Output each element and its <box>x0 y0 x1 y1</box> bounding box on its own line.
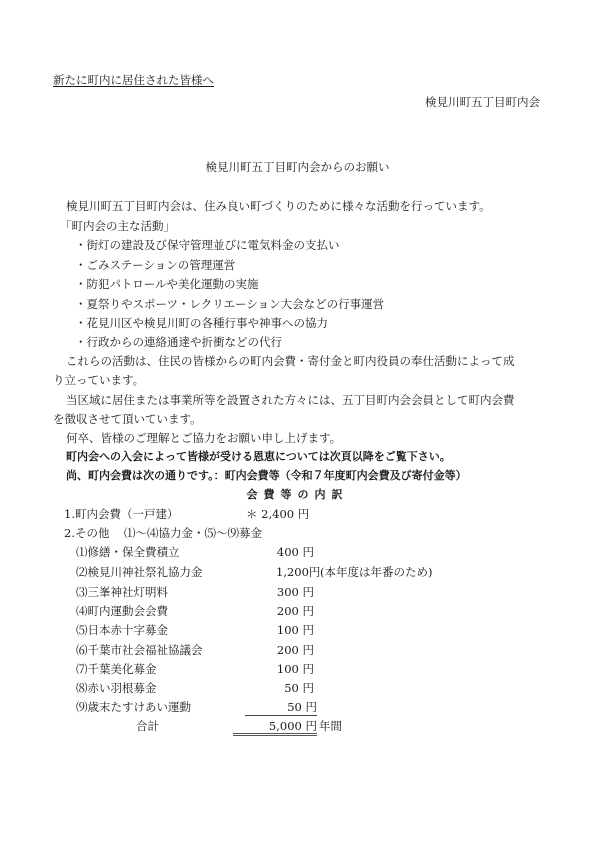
greeting-heading: 新たに町内に居住された皆様へ <box>53 75 214 87</box>
activity-item: ・ごみステーションの管理運営 <box>75 260 235 272</box>
fee-item-amount: 200 円 <box>230 606 314 618</box>
fee-item-label: ⑸日本赤十字募金 <box>76 625 168 637</box>
fee-item-amount: 300 円 <box>230 587 314 599</box>
intro-paragraph: 検見川町五丁目町内会は、住み良い町づくりのために様々な活動を行っています。 <box>66 201 491 213</box>
fee-item-label: ⑷町内運動会会費 <box>76 606 168 618</box>
breakdown-heading: 会費等の内訳 <box>0 489 595 500</box>
fee-other-note: ⑴〜⑷協力金・⑸〜⑼募金 <box>124 528 262 540</box>
activity-item: ・夏祭りやスポーツ・レクリエーション大会などの行事運営 <box>75 299 384 311</box>
fee-item-amount: 100 円 <box>230 664 314 676</box>
fee-item-amount: 50 円 <box>245 702 317 716</box>
request-paragraph: 何卒、皆様のご理解とご協力をお願い申し上げます。 <box>66 433 341 445</box>
activities-heading: 「町内会の主な活動」 <box>60 221 175 233</box>
page-title: 検見川町五丁目町内会からのお願い <box>0 162 595 174</box>
fees-notice: 尚、町内会費は次の通りです。：町内会費等（令和７年度町内会費及び寄付金等） <box>66 470 467 481</box>
fee-item-label: ⑼歳末たすけあい運動 <box>76 702 191 714</box>
membership-paragraph-line1: 当区域に居住または事業所等を設置された方々には、五丁目町内会会員として町内会費 <box>66 395 515 407</box>
fee-item-label: ⑺千葉美化募金 <box>76 664 157 676</box>
funding-paragraph-line1: これらの活動は、住民の皆様からの町内会費・寄付金と町内役員の奉仕活動によって成 <box>66 356 515 368</box>
total-amount: 5,000 円 <box>233 721 317 736</box>
fee-item-label: ⑻赤い羽根募金 <box>76 683 157 695</box>
activity-item: ・行政からの連絡通達や折衝などの代行 <box>75 337 282 349</box>
fee-item-label: ⑹千葉市社会福祉協議会 <box>76 645 203 657</box>
fee-item-amount: 200 円 <box>230 645 314 657</box>
fee-item-amount: 100 円 <box>230 625 314 637</box>
fee-item-amount: 1,200円 <box>276 567 320 579</box>
fee-main-amount: ＊ 2,400 円 <box>246 509 309 521</box>
funding-paragraph-line2: り立っています。 <box>53 375 144 387</box>
activity-item: ・花見川区や検見川町の各種行事や神事への協力 <box>75 318 328 330</box>
total-label: 合計 <box>136 721 159 733</box>
organization-name: 検見川町五丁目町内会 <box>425 97 540 109</box>
benefits-notice: 町内会への入会によって皆様が受ける恩恵については次頁以降をご覧下さい。 <box>66 451 451 462</box>
activity-item: ・防犯パトロールや美化運動の実施 <box>75 279 259 291</box>
fee-item-label: ⑶三峯神社灯明料 <box>76 587 168 599</box>
membership-paragraph-line2: を徴収させて頂いています。 <box>53 414 202 426</box>
fee-item-label: ⑵検見川神社祭礼協力金 <box>76 567 203 579</box>
fee-item-amount: 400 円 <box>230 547 314 559</box>
fee-other-label: 2.その他 <box>64 528 109 540</box>
fee-main-label: 1.町内会費（一戸建） <box>64 509 178 521</box>
fee-item-label: ⑴修繕・保全費積立 <box>76 547 180 559</box>
fee-item-amount: 50 円 <box>230 683 314 695</box>
total-suffix: 年間 <box>319 721 342 733</box>
activity-item: ・街灯の建設及び保守管理並びに電気料金の支払い <box>75 240 340 252</box>
fee-item-note: (本年度は年番のため) <box>320 567 432 579</box>
